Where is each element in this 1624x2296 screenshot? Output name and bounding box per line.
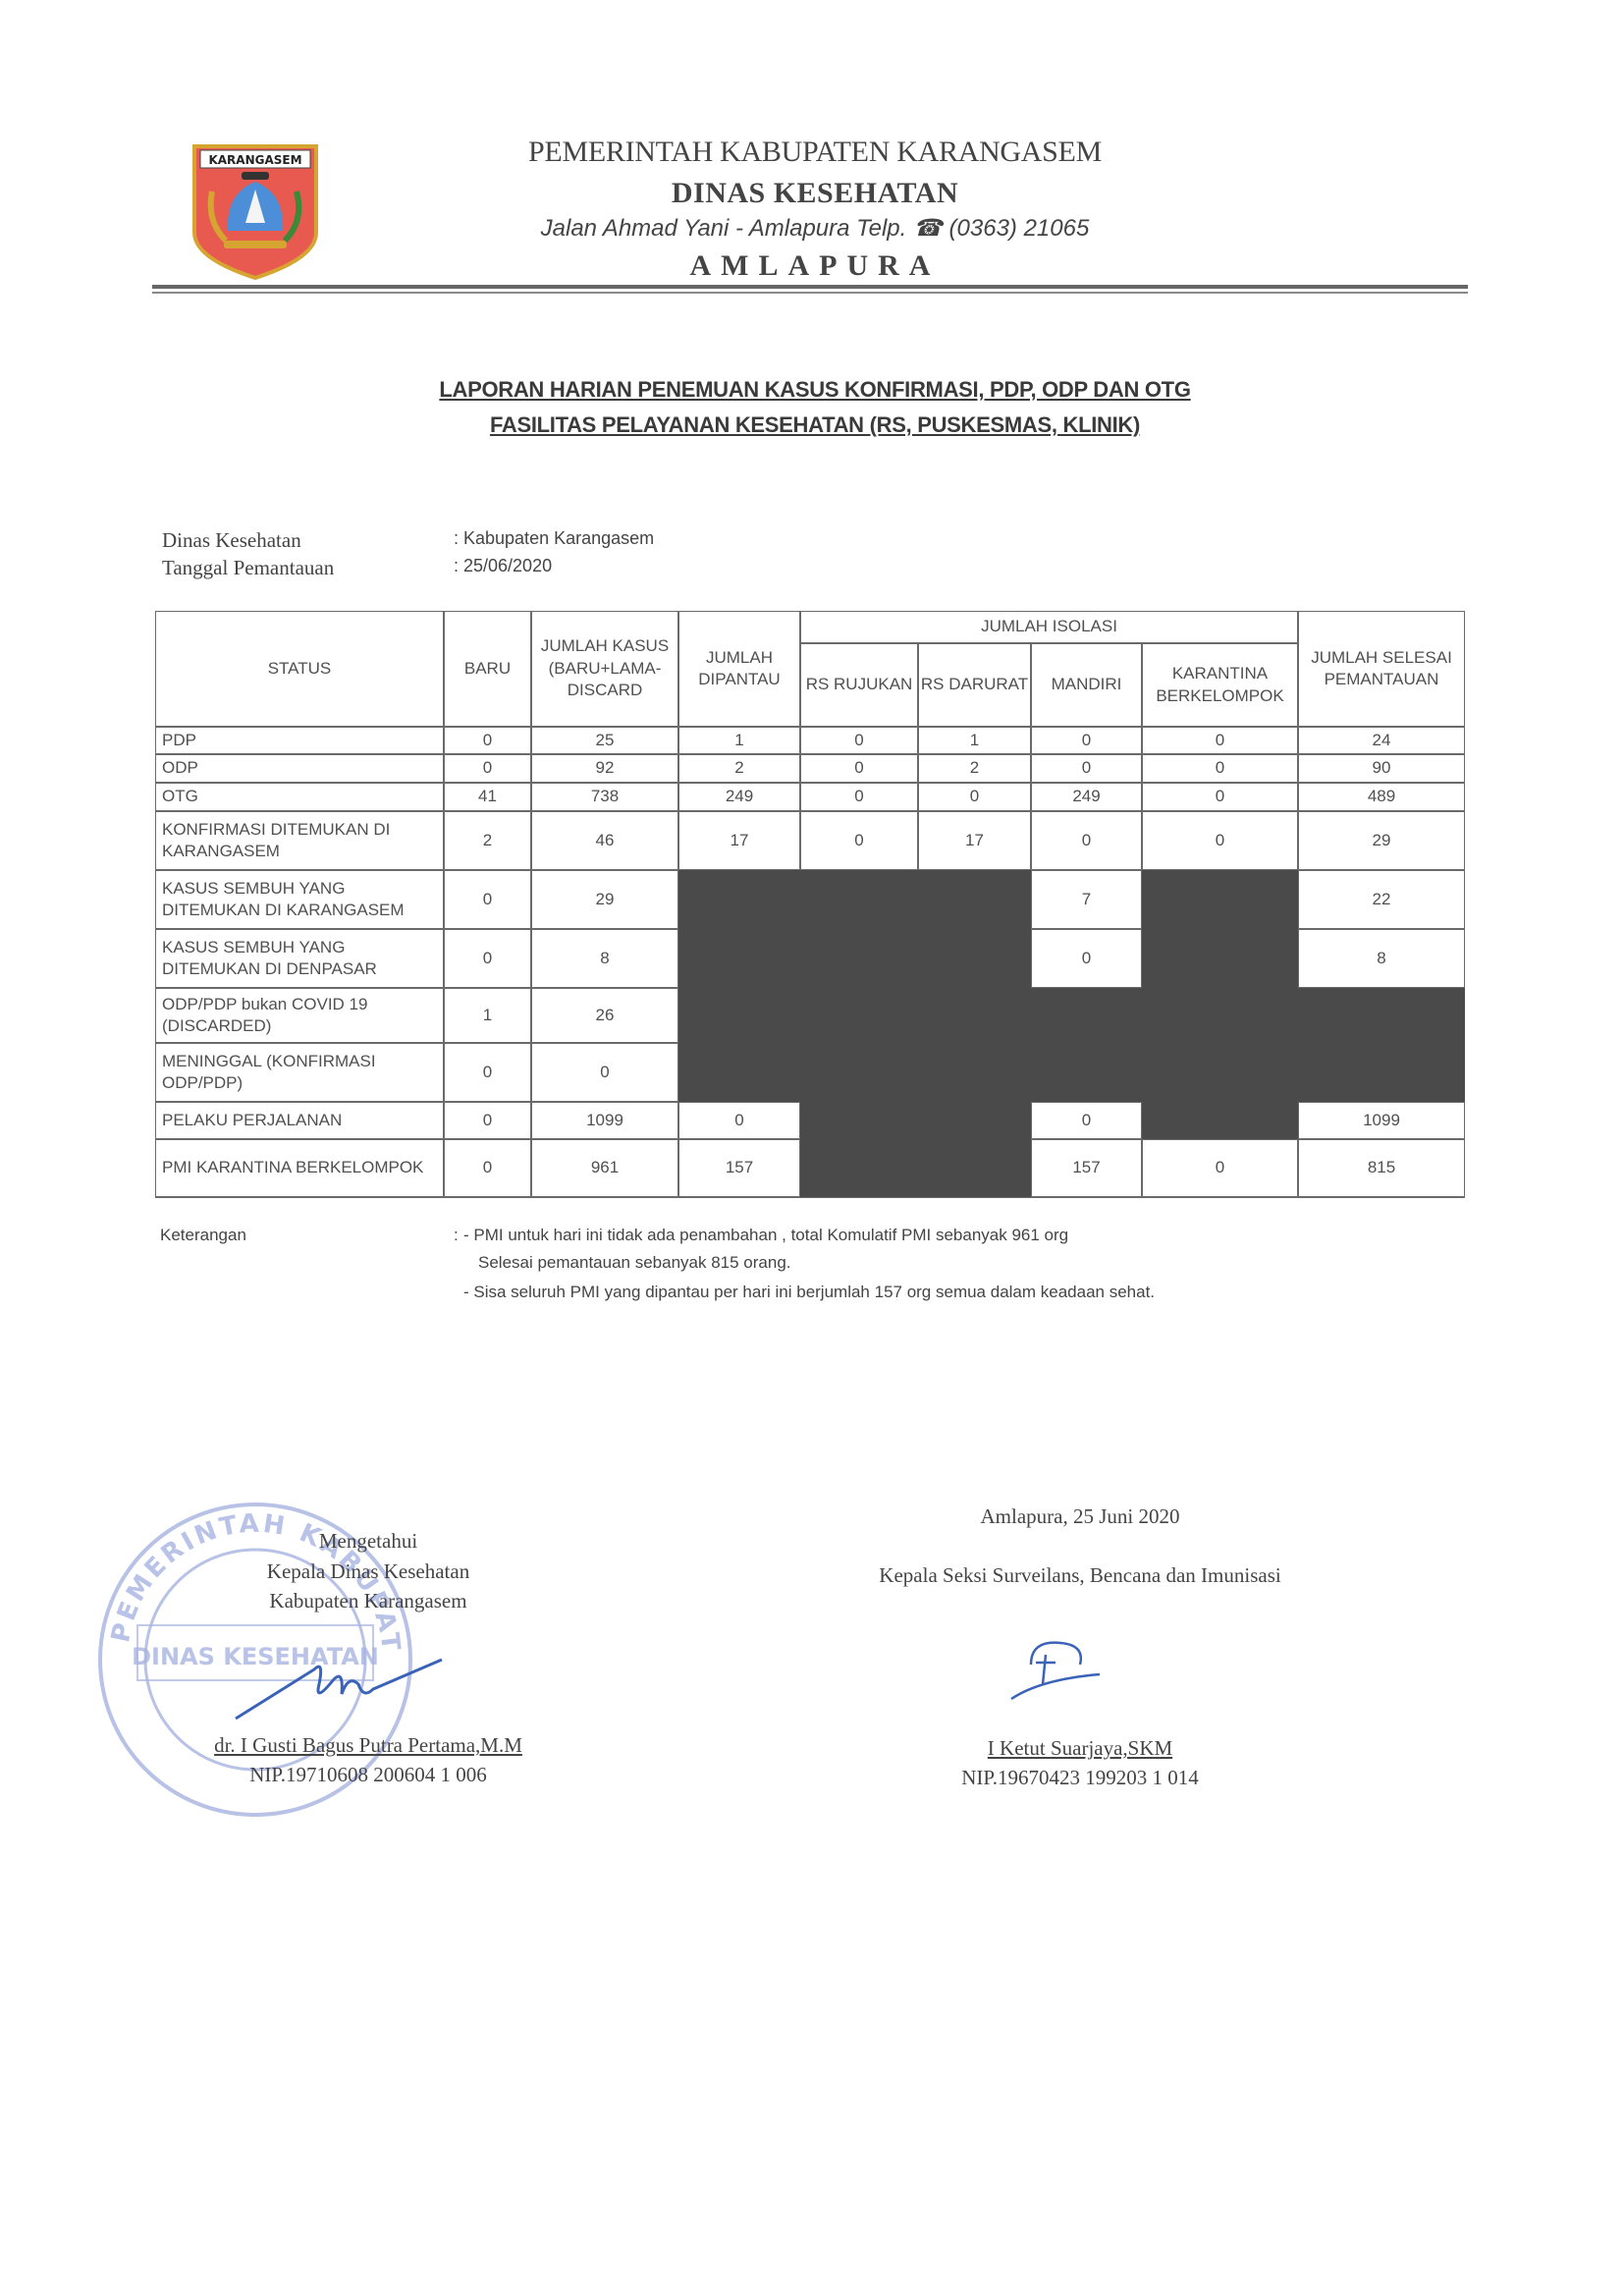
header-jumlah-dipantau: JUMLAH DIPANTAU [678, 611, 800, 727]
header-jumlah-isolasi: JUMLAH ISOLASI [800, 611, 1298, 643]
table-cell-jumlah-kasus: 738 [531, 783, 678, 811]
acknowledged-label: Mengetahui [147, 1529, 589, 1554]
table-cell-baru: 0 [444, 754, 531, 783]
header-karantina: KARANTINA BERKELOMPOK [1142, 643, 1298, 727]
table-cell-selesai: 489 [1298, 783, 1465, 811]
table-cell-mandiri: 0 [1031, 929, 1142, 988]
shaded-na-cell [800, 929, 918, 988]
table-cell-rs-darurat: 0 [918, 783, 1031, 811]
shaded-na-cell [800, 1102, 918, 1139]
city-name: AMLAPURA [393, 249, 1237, 283]
table-cell-rs-rujukan: 0 [800, 811, 918, 870]
notes-colon: : [454, 1226, 459, 1245]
department-name: DINAS KESEHATAN [393, 177, 1237, 210]
table-cell-mandiri: 0 [1031, 727, 1142, 754]
table-cell-dipantau: 0 [678, 1102, 800, 1139]
shaded-na-cell [918, 1043, 1031, 1102]
shaded-na-cell [1298, 1043, 1465, 1102]
shaded-na-cell [678, 1043, 800, 1102]
table-cell-jumlah-kasus: 29 [531, 870, 678, 929]
table-cell-baru: 0 [444, 1139, 531, 1197]
shaded-na-cell [800, 1043, 918, 1102]
report-subtitle: FASILITAS PELAYANAN KESEHATAN (RS, PUSKE… [295, 412, 1335, 438]
table-cell-selesai: 1099 [1298, 1102, 1465, 1139]
table-cell-dipantau: 2 [678, 754, 800, 783]
header-status: STATUS [155, 611, 444, 727]
svg-text:KARANGASEM: KARANGASEM [208, 153, 301, 167]
tanggal-label: Tanggal Pemantauan [162, 556, 334, 580]
case-report-table: STATUSBARUJUMLAH KASUS (BARU+LAMA-DISCAR… [155, 611, 1465, 1198]
shaded-na-cell [918, 870, 1031, 929]
dinas-label: Dinas Kesehatan [162, 528, 301, 553]
table-cell-jumlah-kasus: 25 [531, 727, 678, 754]
table-cell-baru: 0 [444, 929, 531, 988]
row-status-label: PDP [155, 727, 444, 754]
row-status-label: ODP/PDP bukan COVID 19 (DISCARDED) [155, 988, 444, 1043]
table-cell-mandiri: 0 [1031, 754, 1142, 783]
shaded-na-cell [800, 1139, 918, 1197]
table-cell-baru: 0 [444, 1043, 531, 1102]
shaded-na-cell [1298, 988, 1465, 1043]
signer-left-nip: NIP.19710608 200604 1 006 [147, 1763, 589, 1787]
row-status-label: ODP [155, 754, 444, 783]
shaded-na-cell [1142, 929, 1298, 988]
place-date: Amlapura, 25 Juni 2020 [825, 1504, 1335, 1529]
table-cell-mandiri: 0 [1031, 811, 1142, 870]
signer-left-position: Kepala Dinas Kesehatan [147, 1559, 589, 1584]
table-cell-jumlah-kasus: 0 [531, 1043, 678, 1102]
table-cell-rs-rujukan: 0 [800, 783, 918, 811]
table-cell-selesai: 29 [1298, 811, 1465, 870]
row-status-label: PELAKU PERJALANAN [155, 1102, 444, 1139]
table-cell-baru: 0 [444, 870, 531, 929]
signature-left-icon [226, 1640, 452, 1728]
row-status-label: PMI KARANTINA BERKELOMPOK [155, 1139, 444, 1197]
table-cell-baru: 1 [444, 988, 531, 1043]
table-cell-jumlah-kasus: 8 [531, 929, 678, 988]
table-cell-rs-rujukan: 0 [800, 727, 918, 754]
table-cell-jumlah-kasus: 26 [531, 988, 678, 1043]
header-jumlah-selesai: JUMLAH SELESAI PEMANTAUAN [1298, 611, 1465, 727]
shaded-na-cell [1031, 988, 1142, 1043]
report-title: LAPORAN HARIAN PENEMUAN KASUS KONFIRMASI… [295, 377, 1335, 403]
table-cell-jumlah-kasus: 92 [531, 754, 678, 783]
table-cell-mandiri: 7 [1031, 870, 1142, 929]
row-status-label: KASUS SEMBUH YANG DITEMUKAN DI KARANGASE… [155, 870, 444, 929]
header-rs-darurat: RS DARURAT [918, 643, 1031, 727]
table-cell-selesai: 8 [1298, 929, 1465, 988]
tanggal-value: : 25/06/2020 [454, 556, 552, 576]
table-cell-selesai: 90 [1298, 754, 1465, 783]
shaded-na-cell [800, 870, 918, 929]
table-cell-rs-darurat: 1 [918, 727, 1031, 754]
table-cell-karantina: 0 [1142, 811, 1298, 870]
table-cell-karantina: 0 [1142, 727, 1298, 754]
table-cell-dipantau: 249 [678, 783, 800, 811]
signer-right-position: Kepala Seksi Surveilans, Bencana dan Imu… [825, 1563, 1335, 1588]
signer-right-name: I Ketut Suarjaya,SKM [825, 1736, 1335, 1761]
header-baru: BARU [444, 611, 531, 727]
karangasem-logo-icon: KARANGASEM [187, 142, 324, 280]
table-cell-mandiri: 249 [1031, 783, 1142, 811]
table-cell-dipantau: 157 [678, 1139, 800, 1197]
row-status-label: KONFIRMASI DITEMUKAN DI KARANGASEM [155, 811, 444, 870]
header-rs-rujukan: RS RUJUKAN [800, 643, 918, 727]
notes-line: - Sisa seluruh PMI yang dipantau per har… [463, 1283, 1155, 1302]
letterhead-divider [152, 285, 1468, 294]
table-cell-jumlah-kasus: 961 [531, 1139, 678, 1197]
table-cell-selesai: 22 [1298, 870, 1465, 929]
shaded-na-cell [918, 1102, 1031, 1139]
shaded-na-cell [678, 870, 800, 929]
row-status-label: KASUS SEMBUH YANG DITEMUKAN DI DENPASAR [155, 929, 444, 988]
notes-line: Selesai pemantauan sebanyak 815 orang. [478, 1253, 791, 1273]
table-cell-karantina: 0 [1142, 1139, 1298, 1197]
notes-line: - PMI untuk hari ini tidak ada penambaha… [463, 1226, 1068, 1245]
notes-label: Keterangan [160, 1226, 246, 1245]
table-cell-selesai: 815 [1298, 1139, 1465, 1197]
shaded-na-cell [918, 988, 1031, 1043]
table-cell-dipantau: 17 [678, 811, 800, 870]
shaded-na-cell [1142, 988, 1298, 1043]
table-cell-mandiri: 157 [1031, 1139, 1142, 1197]
table-cell-mandiri: 0 [1031, 1102, 1142, 1139]
table-cell-rs-darurat: 17 [918, 811, 1031, 870]
shaded-na-cell [1142, 1043, 1298, 1102]
address-phone: Jalan Ahmad Yani - Amlapura Telp. ☎ (036… [393, 214, 1237, 243]
table-cell-karantina: 0 [1142, 783, 1298, 811]
signer-left-name: dr. I Gusti Bagus Putra Pertama,M.M [147, 1733, 589, 1758]
table-cell-baru: 0 [444, 1102, 531, 1139]
table-cell-baru: 0 [444, 727, 531, 754]
row-status-label: OTG [155, 783, 444, 811]
signer-right-nip: NIP.19670423 199203 1 014 [825, 1766, 1335, 1790]
shaded-na-cell [918, 1139, 1031, 1197]
table-cell-baru: 41 [444, 783, 531, 811]
signature-right-icon [1001, 1635, 1110, 1704]
signer-left-office: Kabupaten Karangasem [147, 1589, 589, 1613]
dinas-value: : Kabupaten Karangasem [454, 528, 654, 549]
shaded-na-cell [800, 988, 918, 1043]
government-name: PEMERINTAH KABUPATEN KARANGASEM [393, 136, 1237, 169]
shaded-na-cell [1031, 1043, 1142, 1102]
table-cell-karantina: 0 [1142, 754, 1298, 783]
table-cell-rs-darurat: 2 [918, 754, 1031, 783]
shaded-na-cell [678, 988, 800, 1043]
shaded-na-cell [1142, 1102, 1298, 1139]
table-cell-rs-rujukan: 0 [800, 754, 918, 783]
header-jumlah-kasus: JUMLAH KASUS (BARU+LAMA-DISCARD [531, 611, 678, 727]
table-cell-baru: 2 [444, 811, 531, 870]
table-cell-dipantau: 1 [678, 727, 800, 754]
table-cell-selesai: 24 [1298, 727, 1465, 754]
header-mandiri: MANDIRI [1031, 643, 1142, 727]
table-cell-jumlah-kasus: 46 [531, 811, 678, 870]
shaded-na-cell [1142, 870, 1298, 929]
shaded-na-cell [678, 929, 800, 988]
shaded-na-cell [918, 929, 1031, 988]
row-status-label: MENINGGAL (KONFIRMASI ODP/PDP) [155, 1043, 444, 1102]
table-cell-jumlah-kasus: 1099 [531, 1102, 678, 1139]
